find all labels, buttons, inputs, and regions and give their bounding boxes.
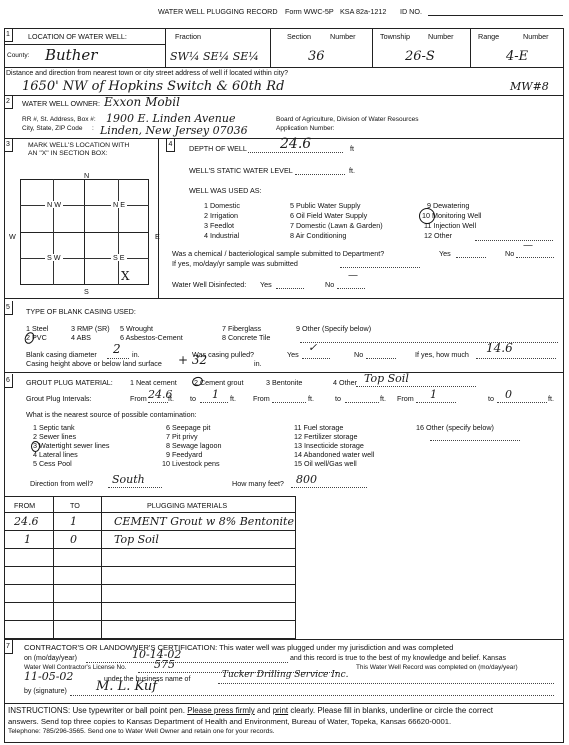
compass-e: E — [155, 233, 160, 240]
grout-other-value[interactable]: Top Soil — [364, 373, 409, 384]
mark-location-label-2: AN "X" IN SECTION BOX: — [28, 151, 108, 158]
interval-2-from-label: From — [253, 395, 270, 402]
table-row-2-from[interactable]: 1 — [24, 534, 31, 545]
dots — [516, 248, 554, 258]
range-value[interactable]: 4-E — [506, 50, 528, 63]
sample-yes-label: Yes — [439, 250, 451, 257]
casing-option-6[interactable]: 6 Asbestos-Cement — [120, 334, 183, 341]
grid-line — [118, 179, 119, 285]
divider — [4, 496, 296, 497]
source-option-10[interactable]: 10 Livestock pens — [162, 460, 220, 467]
use-option-3[interactable]: 3 Feedlot — [204, 222, 234, 229]
township-number-label: Number — [428, 33, 454, 40]
instructions-rest: clearly. Please fill in blanks, underlin… — [290, 706, 493, 715]
diameter-label: Blank casing diameter — [26, 351, 97, 358]
completed-on-label: on (mo/day/year) — [24, 655, 77, 662]
table-row-2-material[interactable]: Top Soil — [114, 534, 159, 545]
grid-line — [20, 232, 149, 233]
divider — [270, 28, 271, 67]
section-7-number: 7 — [4, 640, 13, 654]
well-id-value[interactable]: MW#8 — [510, 81, 549, 92]
source-option-14[interactable]: 14 Abandoned water well — [294, 451, 374, 458]
use-option-12[interactable]: 12 Other — [424, 232, 452, 239]
dots — [430, 431, 520, 441]
interval-3-to-value[interactable]: 0 — [505, 389, 512, 400]
quadrant-se: S E — [111, 254, 127, 261]
instructions-line-2: answers. Send top three copies to Kansas… — [8, 718, 451, 726]
ksa-reference: KSA 82a-1212 — [340, 8, 386, 15]
instructions-press-firmly: Please press firmly — [187, 706, 255, 715]
owner-label: WATER WELL OWNER: — [22, 100, 100, 107]
use-option-8[interactable]: 8 Air Conditioning — [290, 232, 346, 239]
dots — [272, 393, 306, 403]
source-option-5[interactable]: 5 Cess Pool — [33, 460, 72, 467]
section-value[interactable]: 36 — [308, 50, 325, 63]
source-option-12[interactable]: 12 Fertilizer storage — [294, 433, 358, 440]
section-number-label: Number — [330, 33, 356, 40]
table-row-1-material[interactable]: CEMENT Grout w 8% Bentonite — [114, 516, 294, 527]
divider — [372, 28, 373, 67]
divider — [4, 372, 564, 373]
compass-w: W — [9, 233, 16, 240]
diameter-value[interactable]: 2 — [113, 343, 121, 355]
address-value[interactable]: 1900 E. Linden Avenue — [106, 113, 235, 124]
direction-value[interactable]: South — [112, 474, 145, 485]
source-option-13[interactable]: 13 Insecticide storage — [294, 442, 364, 449]
dots — [366, 349, 396, 359]
ft-label: ft. — [230, 395, 236, 402]
source-option-11[interactable]: 11 Fuel storage — [294, 424, 343, 431]
source-option-3[interactable]: 3 Watertight sewer lines — [33, 442, 109, 449]
used-as-label: WELL WAS USED AS: — [189, 187, 262, 194]
ft-label: ft. — [168, 395, 174, 402]
table-header-from: FROM — [14, 502, 35, 509]
fraction-value[interactable]: SW¼ SE¼ SE¼ — [170, 51, 259, 62]
use-option-1[interactable]: 1 Domestic — [204, 202, 240, 209]
divider — [165, 28, 166, 67]
true-statement: and this record is true to the best of m… — [290, 655, 506, 662]
interval-3-to-label: to — [488, 395, 494, 402]
instructions-line-1: INSTRUCTIONS: Use typewriter or ball poi… — [8, 707, 493, 715]
ft-label: ft. — [380, 395, 386, 402]
use-option-4[interactable]: 4 Industrial — [204, 232, 239, 239]
dots — [475, 231, 553, 241]
contamination-label: What is the nearest source of possible c… — [26, 411, 197, 418]
county-label: County: — [7, 53, 29, 60]
range-number-label: Number — [523, 33, 549, 40]
grid-line — [20, 258, 149, 259]
table-row-2-to[interactable]: 0 — [70, 534, 77, 545]
city-label: City, State, ZIP Code — [22, 126, 82, 133]
ft-label: ft. — [308, 395, 314, 402]
section-5-number: 5 — [4, 301, 13, 315]
board-label: Board of Agriculture, Division of Water … — [276, 117, 418, 124]
interval-3-from-label: From — [397, 395, 414, 402]
instructions-print: print — [273, 706, 289, 715]
section-2-number: 2 — [4, 95, 13, 109]
dots — [345, 393, 379, 403]
section-4-number: 4 — [166, 138, 175, 152]
casing-height-label: Casing height above or below land surfac… — [26, 360, 162, 367]
divider — [4, 639, 564, 640]
source-option-6[interactable]: 6 Seepage pit — [166, 424, 210, 431]
feet-value[interactable]: 800 — [296, 474, 317, 485]
static-level-unit: ft. — [349, 167, 355, 174]
quadrant-nw: N W — [45, 201, 63, 208]
distance-label: Distance and direction from nearest town… — [6, 70, 288, 77]
use-option-11[interactable]: 11 Injection Well — [424, 222, 476, 229]
interval-1-from-label: From — [130, 395, 147, 402]
casing-option-7[interactable]: 7 Fiberglass — [222, 325, 261, 332]
grout-option-1[interactable]: 1 Neat cement — [130, 379, 177, 386]
table-line — [4, 584, 296, 585]
city-value[interactable]: Linden, New Jersey 07036 — [100, 125, 248, 136]
section-1-number: 1 — [4, 28, 13, 42]
colon: : — [92, 126, 94, 133]
divider — [4, 298, 564, 299]
interval-1-to-value[interactable]: 1 — [212, 389, 219, 400]
record-date-value[interactable]: 11-05-02 — [24, 671, 73, 682]
table-row-1-from[interactable]: 24.6 — [14, 516, 39, 527]
mark-location-label-1: MARK WELL'S LOCATION WITH — [28, 143, 129, 150]
signature-label: by (signature) — [24, 688, 67, 695]
dots — [295, 165, 345, 175]
table-line — [4, 548, 296, 549]
certification-text: CONTRACTOR'S OR LANDOWNER'S CERTIFICATIO… — [24, 644, 453, 652]
grout-option-3[interactable]: 3 Bentonite — [266, 379, 302, 386]
divider — [4, 95, 564, 96]
casing-option-9[interactable]: 9 Other (Specify below) — [296, 325, 371, 332]
sample-no-label: No — [505, 250, 514, 257]
casing-height-value[interactable]: + 32 — [178, 354, 207, 366]
dots — [456, 248, 486, 258]
section-label: Section — [287, 33, 311, 40]
source-option-4[interactable]: 4 Lateral lines — [33, 451, 78, 458]
use-option-2[interactable]: 2 Irrigation — [204, 212, 238, 219]
grid-line — [53, 179, 54, 285]
location-label: LOCATION OF WATER WELL: — [28, 33, 127, 40]
casing-height-unit: in. — [254, 360, 262, 367]
table-line — [4, 602, 296, 603]
static-level-label: WELL'S STATIC WATER LEVEL — [189, 167, 293, 174]
sample-question: Was a chemical / bacteriological sample … — [172, 250, 384, 257]
signature-value[interactable]: M. L. Kuf — [96, 680, 157, 693]
township-label: Township — [380, 33, 410, 40]
use-option-5[interactable]: 5 Public Water Supply — [290, 202, 360, 209]
feet-label: How many feet? — [232, 480, 284, 487]
section-3-number: 3 — [4, 138, 13, 152]
instructions-line-3: Telephone: 785/296-3565. Send one to Wat… — [8, 729, 275, 736]
id-label: ID NO. — [400, 8, 422, 15]
instructions-and: and — [257, 706, 270, 715]
divider — [4, 703, 564, 704]
sample-no-mark[interactable]: — — [523, 241, 533, 251]
how-much-value[interactable]: 14.6 — [486, 342, 513, 354]
depth-label: DEPTH OF WELL — [189, 145, 247, 152]
table-divider — [53, 496, 54, 638]
table-divider — [101, 496, 102, 638]
owner-value[interactable]: Exxon Mobil — [104, 96, 180, 108]
source-option-9[interactable]: 9 Feedyard — [166, 451, 202, 458]
source-option-15[interactable]: 15 Oil well/Gas well — [294, 460, 357, 467]
interval-3-from-value[interactable]: 1 — [430, 389, 437, 400]
table-line — [4, 530, 296, 531]
table-header-to: TO — [70, 502, 80, 509]
instructions-prefix: INSTRUCTIONS: Use typewriter or ball poi… — [8, 706, 185, 715]
direction-label: Direction from well? — [30, 480, 93, 487]
record-completed-label: This Water Well Record was completed on … — [356, 665, 518, 671]
source-option-2[interactable]: 2 Sewer lines — [33, 433, 76, 440]
casing-option-4[interactable]: 4 ABS — [71, 334, 91, 341]
casing-option-3[interactable]: 3 RMP (SR) — [71, 325, 110, 332]
depth-unit: ft — [350, 145, 354, 152]
source-option-8[interactable]: 8 Sewage lagoon — [166, 442, 222, 449]
sample-date-label: If yes, mo/day/yr sample was submitted — [172, 260, 298, 267]
divider — [4, 67, 564, 68]
table-line — [4, 512, 296, 513]
county-value[interactable]: Buther — [45, 48, 97, 63]
intervals-label: Grout Plug Intervals: — [26, 395, 92, 402]
grout-label: GROUT PLUG MATERIAL: — [26, 379, 113, 386]
divider — [470, 28, 471, 67]
pulled-yes-label: Yes — [287, 351, 299, 358]
quadrant-ne: N E — [111, 201, 127, 208]
grid-line — [20, 205, 149, 206]
business-name-value[interactable]: Tucker Drilling Service Inc. — [222, 671, 348, 680]
compass-s: S — [84, 288, 89, 295]
ft-label: ft. — [548, 395, 554, 402]
location-x-mark: X — [121, 270, 130, 282]
township-value[interactable]: 26-S — [405, 50, 435, 63]
section-6-number: 6 — [4, 374, 13, 388]
interval-2-to-label: to — [335, 395, 341, 402]
table-line — [4, 566, 296, 567]
quadrant-sw: S W — [45, 254, 63, 261]
divider — [4, 44, 165, 45]
form-title: WATER WELL PLUGGING RECORD — [158, 8, 278, 15]
fraction-label: Fraction — [175, 33, 201, 40]
range-label: Range — [478, 33, 499, 40]
table-header-materials: PLUGGING MATERIALS — [147, 502, 227, 509]
diameter-unit: in. — [132, 351, 140, 358]
use-option-7[interactable]: 7 Domestic (Lawn & Garden) — [290, 222, 383, 229]
casing-type-label: TYPE OF BLANK CASING USED: — [26, 308, 136, 315]
divider — [158, 138, 159, 298]
license-value[interactable]: 575 — [154, 659, 175, 670]
address-label: RR #, St. Address, Box #: — [22, 117, 96, 124]
table-line — [4, 620, 296, 621]
source-option-1[interactable]: 1 Septic tank — [33, 424, 75, 431]
dots — [300, 333, 558, 343]
distance-value[interactable]: 1650' NW of Hopkins Switch & 60th Rd — [22, 80, 284, 93]
use-option-6[interactable]: 6 Oil Field Water Supply — [290, 212, 367, 219]
disinfected-yes-label: Yes — [260, 281, 272, 288]
id-line — [428, 15, 563, 16]
table-divider — [295, 496, 296, 638]
disinfected-label: Water Well Disinfected: — [172, 281, 246, 288]
casing-option-8[interactable]: 8 Concrete Tile — [222, 334, 270, 341]
pulled-no-label: No — [354, 351, 363, 358]
use-option-9[interactable]: 9 Dewatering — [427, 202, 469, 209]
pulled-yes-mark[interactable]: ✓ — [308, 342, 317, 353]
dots — [276, 279, 304, 289]
how-much-label: If yes, how much — [415, 351, 469, 358]
depth-value[interactable]: 24.6 — [280, 137, 311, 151]
casing-option-5[interactable]: 5 Wrought — [120, 325, 153, 332]
source-option-7[interactable]: 7 Pit privy — [166, 433, 198, 440]
form-number: Form WWC-5P — [285, 8, 334, 15]
disinfected-no-label: No — [325, 281, 334, 288]
dots — [86, 653, 288, 663]
interval-1-to-label: to — [190, 395, 196, 402]
disinfected-no-mark[interactable]: — — [348, 271, 358, 281]
application-label: Application Number: — [276, 126, 335, 133]
grout-option-4[interactable]: 4 Other — [333, 379, 357, 386]
table-row-1-to[interactable]: 1 — [70, 516, 77, 527]
dots — [340, 258, 420, 268]
